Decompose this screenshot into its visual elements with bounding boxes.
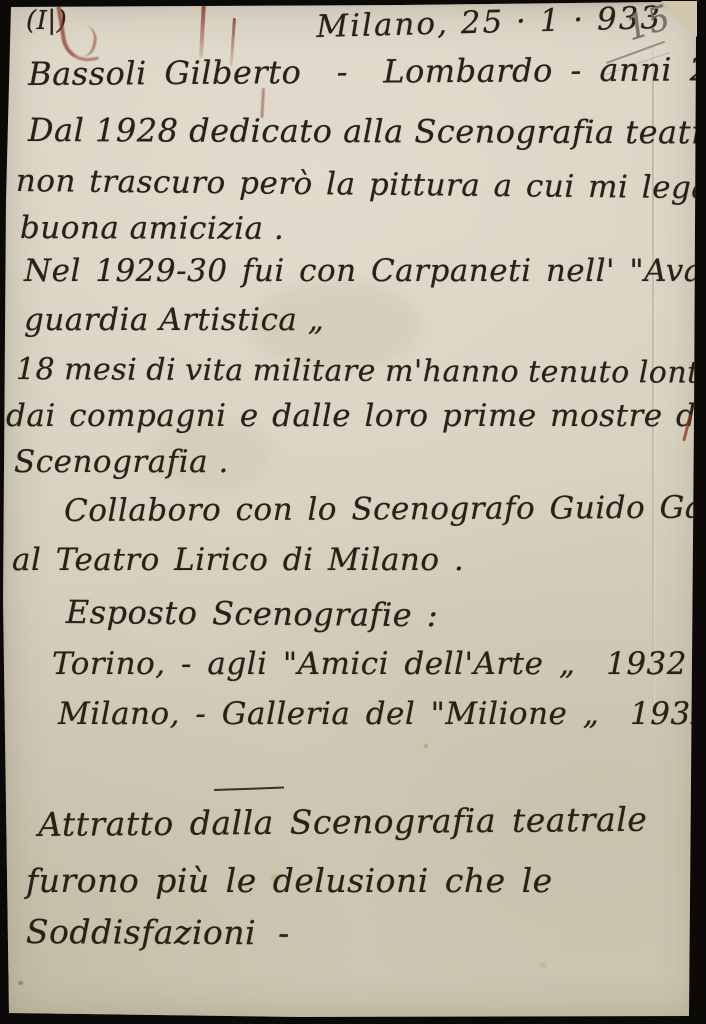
handwritten-line: al Teatro Lirico di Milano . <box>12 545 464 576</box>
paper-stain <box>540 962 546 968</box>
handwritten-line: 18 mesi di vita militare m'hanno tenuto … <box>16 355 706 389</box>
handwritten-line: Dal 1928 dedicato alla Scenografia teatr… <box>28 114 706 149</box>
handwritten-line: Nel 1929-30 fui con Carpaneti nell' "Ava… <box>24 256 706 287</box>
scanned-document-page: (I|) Milano, 25 · 1 · 933 15 Bassoli Gil… <box>0 0 706 1024</box>
handwritten-line: dai compagni e dalle loro prime mostre d… <box>6 401 706 432</box>
paper-sheet: (I|) Milano, 25 · 1 · 933 15 Bassoli Gil… <box>0 0 706 1024</box>
handwritten-line: Bassoli Gilberto - Lombardo - anni 24 - <box>28 53 706 90</box>
handwritten-line: buona amicizia . <box>20 213 284 245</box>
handwritten-line: Attratto dalla Scenografia teatrale <box>38 803 647 841</box>
paper-stain <box>424 744 428 748</box>
handwritten-line: furono più le delusioni che le <box>26 864 553 897</box>
paper-stain <box>18 981 23 985</box>
handwritten-line: Scenografia . <box>14 447 229 478</box>
red-pencil-mark-stroke <box>199 0 206 58</box>
section-divider-line <box>214 787 284 791</box>
handwritten-line: Milano, - Galleria del "Milione „ 1932 <box>58 699 706 730</box>
handwritten-line: guardia Artistica „ <box>24 305 324 336</box>
handwritten-line: Esposto Scenografie : <box>66 596 438 631</box>
handwritten-line: Torino, - agli "Amici dell'Arte „ 1932 <box>52 649 687 680</box>
page-number: 15 <box>622 0 675 46</box>
handwritten-line: Soddisfazioni - <box>26 915 290 949</box>
date-line: Milano, 25 · 1 · 933 <box>316 3 663 43</box>
handwritten-line: Collaboro con lo Scenografo Guido Galli <box>64 492 706 527</box>
handwritten-line: non trascuro però la pittura a cui mi le… <box>16 166 706 204</box>
